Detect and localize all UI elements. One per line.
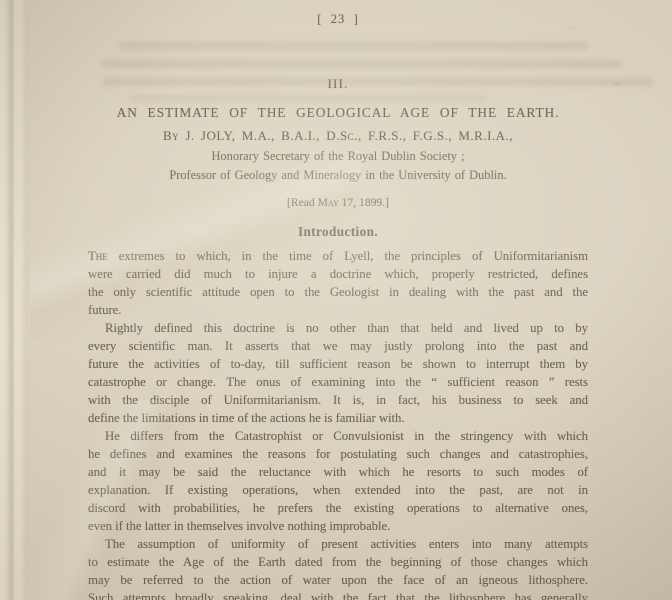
body-text: The extremes to which, in the time of Ly…: [88, 247, 588, 600]
paragraph-line: explanation. If existing operations, whe…: [88, 481, 588, 499]
byline-text: B: [163, 128, 172, 143]
paragraph-line: discord with probabilities, he prefers t…: [88, 499, 588, 517]
paragraph: The assumption of uniformity of present …: [88, 535, 588, 600]
page-number: [ 23 ]: [88, 12, 588, 27]
read-date: [Read May 17, 1899.]: [88, 196, 588, 209]
lead-capital: T: [88, 249, 96, 263]
paragraph-line: even if the latter in themselves involve…: [88, 517, 588, 535]
affiliation-line: Honorary Secretary of the Royal Dublin S…: [88, 149, 588, 164]
book-page-edges: [0, 0, 30, 600]
paragraph-line: every scientific man. It asserts that we…: [88, 337, 588, 355]
byline-text: ., F.R.S., F.G.S., M.R.I.A.,: [354, 128, 513, 143]
byline-text: J. JOLY, M.A., B.A.I., D.S: [179, 128, 348, 143]
paragraph-line: The assumption of uniformity of present …: [88, 535, 588, 553]
affiliation-line: Professor of Geology and Mineralogy in t…: [88, 168, 588, 183]
paragraph-line: future.: [88, 301, 588, 319]
author-line: By J. JOLY, M.A., B.A.I., D.Sc., F.R.S.,…: [88, 128, 588, 144]
paragraph-line: future the activities of to-day, till su…: [88, 355, 588, 373]
paragraph-line: He differs from the Catastrophist or Con…: [88, 427, 588, 445]
paragraph-line: The extremes to which, in the time of Ly…: [88, 247, 588, 265]
paragraph-line: may be referred to the action of water u…: [88, 571, 588, 589]
book-photo: [ 23 ] III. AN ESTIMATE OF THE GEOLOGICA…: [0, 0, 672, 600]
read-date-text: 17, 1899.]: [339, 196, 389, 209]
lead-smallcaps: he: [96, 249, 108, 263]
paper-speck: [568, 27, 575, 29]
paragraph: were carried did much to injure a doctri…: [88, 265, 588, 319]
paragraph-line: and it may be said the reluctance with w…: [88, 463, 588, 481]
paragraph-line: Such attempts broadly speaking, deal wit…: [88, 589, 588, 600]
article-title: AN ESTIMATE OF THE GEOLOGICAL AGE OF THE…: [88, 105, 588, 121]
verso-showthrough-line: [102, 60, 622, 68]
read-date-smallcaps: ay: [328, 196, 339, 209]
paper-speck: [612, 83, 621, 85]
paragraph-line: with the disciple of Uniformitarianism. …: [88, 391, 588, 409]
verso-showthrough-line: [128, 95, 488, 102]
read-date-text: [Read M: [287, 196, 328, 209]
verso-showthrough-line: [118, 42, 588, 50]
section-heading: Introduction.: [88, 224, 588, 240]
paragraph-line: Rightly defined this doctrine is no othe…: [88, 319, 588, 337]
paragraph-line: to estimate the Age of the Earth dated f…: [88, 553, 588, 571]
section-number: III.: [88, 76, 588, 92]
paragraph: He differs from the Catastrophist or Con…: [88, 427, 588, 535]
paragraph: Rightly defined this doctrine is no othe…: [88, 319, 588, 427]
paragraph-text: extremes to which, in the time of Lyell,…: [108, 249, 588, 263]
paragraph-line: were carried did much to injure a doctri…: [88, 265, 588, 283]
paragraph-line: the only scientific attitude open to the…: [88, 283, 588, 301]
paragraph-line: catastrophe or change. The onus of exami…: [88, 373, 588, 391]
paragraph-line: he defines and examines the reasons for …: [88, 445, 588, 463]
paragraph-line: define the limitations in time of the ac…: [88, 409, 588, 427]
